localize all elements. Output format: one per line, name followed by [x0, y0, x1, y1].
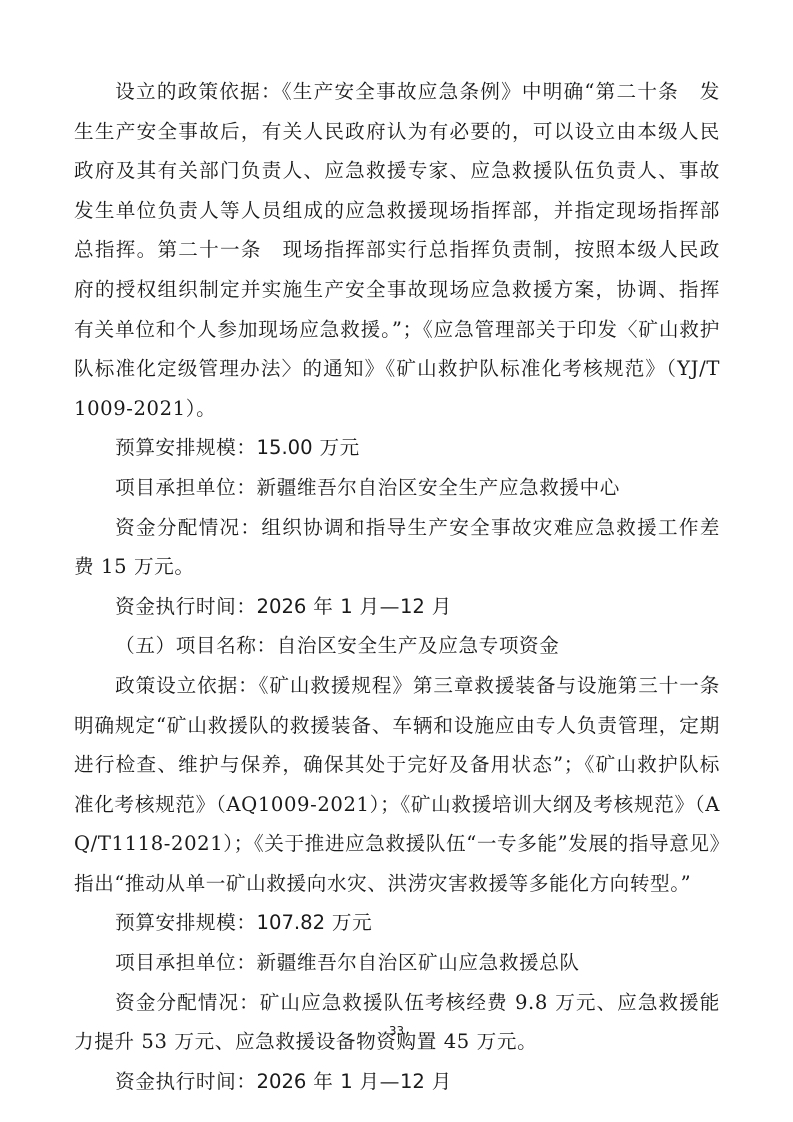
policy-basis-paragraph: 设立的政策依据：《生产安全事故应急条例》中明确“第二十条 发生生产安全事故后，有… — [74, 72, 720, 428]
execution-year: 2026 — [257, 1070, 307, 1093]
execution-end-unit: 月 — [425, 595, 452, 618]
budget-scale-unit: 万元 — [325, 911, 372, 934]
execution-start-unit: 月— — [353, 595, 400, 618]
execution-time-label: 资金执行时间： — [115, 595, 256, 618]
project-name-heading: （五）项目名称：自治区安全生产及应急专项资金 — [74, 626, 720, 666]
budget-scale-unit: 万元 — [313, 436, 360, 459]
page-number: 33 — [0, 1024, 793, 1038]
undertaking-unit-paragraph: 项目承担单位：新疆维吾尔自治区矿山应急救援总队 — [74, 943, 720, 983]
document-page: 设立的政策依据：《生产安全事故应急条例》中明确“第二十条 发生生产安全事故后，有… — [74, 72, 720, 1101]
execution-end-unit: 月 — [425, 1070, 452, 1093]
budget-scale-label: 预算安排规模： — [115, 436, 256, 459]
undertaking-unit-paragraph: 项目承担单位：新疆维吾尔自治区安全生产应急救援中心 — [74, 468, 720, 508]
execution-time-paragraph: 资金执行时间：2026 年 1 月—12 月 — [74, 587, 720, 627]
budget-scale-value: 15.00 — [257, 436, 313, 459]
budget-scale-paragraph: 预算安排规模：107.82 万元 — [74, 903, 720, 943]
execution-start-month: 1 — [340, 595, 352, 618]
execution-year-unit: 年 — [306, 1070, 340, 1093]
policy-basis-paragraph: 政策设立依据：《矿山救援规程》第三章救援装备与设施第三十一条明确规定“矿山救援队… — [74, 666, 720, 904]
execution-time-label: 资金执行时间： — [115, 1070, 256, 1093]
execution-time-paragraph: 资金执行时间：2026 年 1 月—12 月 — [74, 1062, 720, 1102]
budget-scale-value: 107.82 — [257, 911, 326, 934]
execution-start-unit: 月— — [353, 1070, 400, 1093]
execution-year: 2026 — [257, 595, 307, 618]
budget-scale-label: 预算安排规模： — [115, 911, 256, 934]
execution-end-month: 12 — [400, 1070, 425, 1093]
budget-scale-paragraph: 预算安排规模：15.00 万元 — [74, 428, 720, 468]
fund-allocation-paragraph: 资金分配情况：组织协调和指导生产安全事故灾难应急救援工作差费 15 万元。 — [74, 508, 720, 587]
execution-end-month: 12 — [400, 595, 425, 618]
execution-start-month: 1 — [340, 1070, 352, 1093]
fund-allocation-paragraph: 资金分配情况：矿山应急救援队伍考核经费 9.8 万元、应急救援能力提升 53 万… — [74, 983, 720, 1062]
execution-year-unit: 年 — [306, 595, 340, 618]
